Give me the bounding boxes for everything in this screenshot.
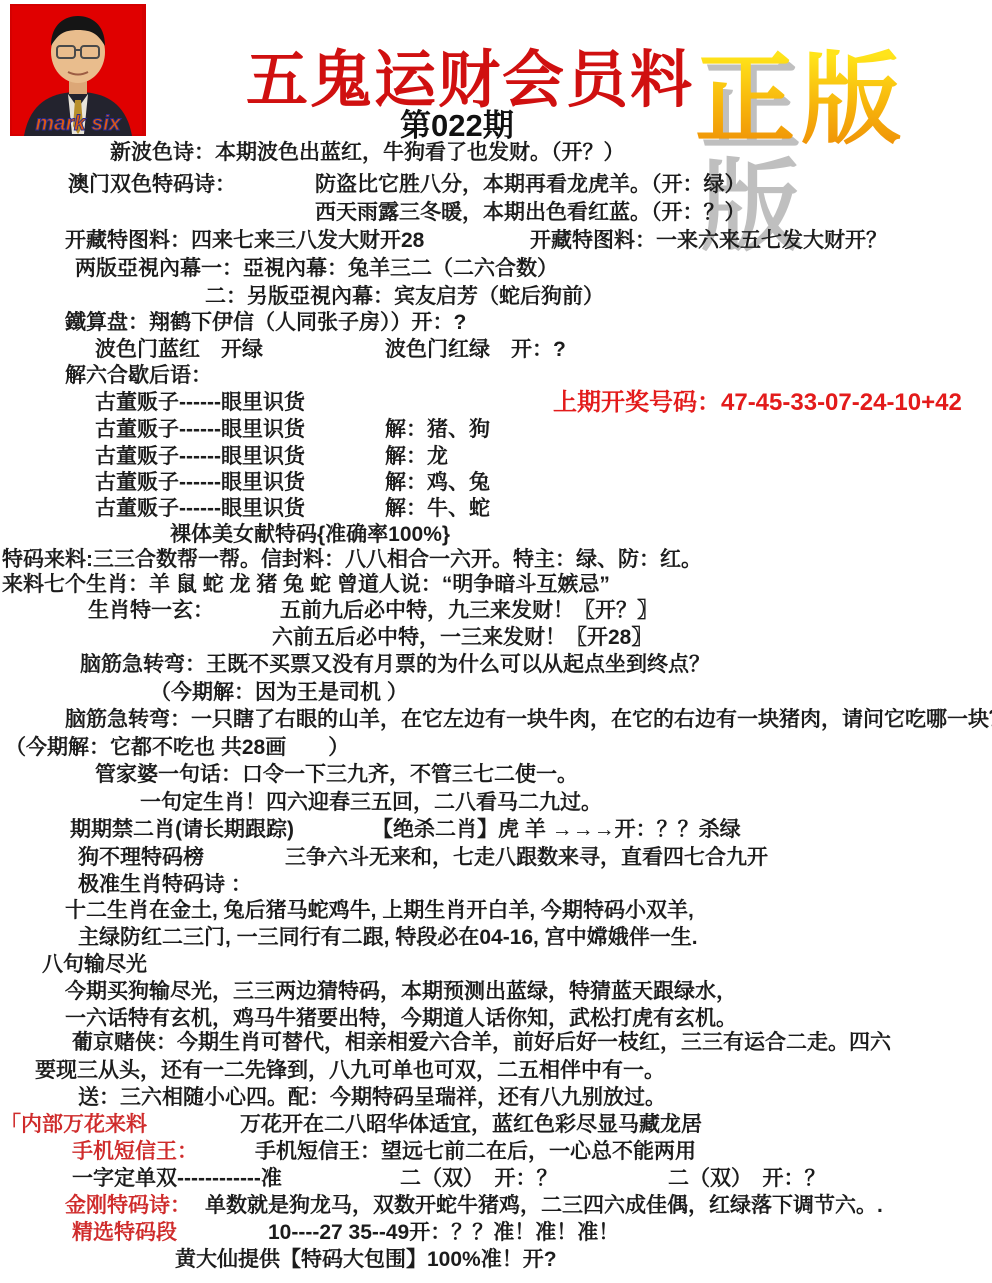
lottery-tip-sheet: mark six 五鬼运财会员料 第022期 正版 正版 新波色诗：本期波色出蓝…	[0, 0, 992, 1283]
antique-dealer-4: 古董贩子------眼里识货解：鸡、兔	[95, 470, 305, 495]
text-segment: 极准生肖特码诗 ：	[78, 873, 252, 896]
text-segment: 一句定生肖！四六迎春三五回，二八看马二九过。	[140, 791, 602, 814]
text-segment: 金刚特码诗：	[65, 1194, 191, 1217]
text-segment: 精选特码段	[72, 1221, 177, 1244]
eight-lines-title: 八句输尽光	[42, 952, 147, 977]
zodiac-poem-line-2: 主绿防红二三门, 一三同行有二跟, 特段必在04-16, 宫中嫦娥伴一生.	[78, 925, 698, 950]
text-segment: 「内部万花来料	[0, 1113, 147, 1136]
text-segment: 生肖特一玄：	[88, 599, 214, 622]
edition-badge: 正版 正版	[695, 50, 907, 150]
text-segment: 八句输尽光	[42, 953, 147, 976]
text-segment: 脑筋急转弯：王既不买票又没有月票的为什么可以从起点坐到终点？	[80, 653, 710, 676]
macau-double-color-poem-1: 澳门双色特码诗：防盗比它胜八分，本期再看龙虎羊。（开：绿）	[68, 172, 236, 197]
new-wave-color-poem: 新波色诗：本期波色出蓝红，牛狗看了也发财。（开？）	[110, 140, 625, 165]
text-segment: 裸体美女献特码{准确率100%}	[170, 523, 450, 546]
text-segment: 要现三从头，还有一二先锋到，八九可单也可双，二五相伴中有一。	[35, 1059, 665, 1082]
brain-teaser-1-answer: （今期解：因为王是司机 ）	[150, 680, 408, 705]
atv-insider-2: 二：另版亞視內幕：宾友启芳（蛇后狗前）	[205, 284, 604, 309]
text-segment: 解六合歇后语：	[65, 364, 212, 387]
eight-lines-1: 今期买狗输尽光，三三两边猜特码，本期预测出蓝绿，特猜蓝天跟绿水，	[65, 979, 737, 1004]
goubuli-special-list: 狗不理特码榜三争六斗无来和，七走八跟数来寻，直看四七合九开	[78, 845, 204, 870]
iron-abacus: 鐵算盘：翔鹤下伊信（人同张子房））开：?	[65, 310, 466, 335]
internal-flower-material: 「内部万花来料万花开在二八昭华体适宜，蓝红色彩尽显马藏龙居	[0, 1112, 147, 1137]
text-segment: 葡京赌侠：今期生肖可替代，相亲相爱六合羊，前好后好一枝红，三三有运合二走。四六	[72, 1031, 891, 1054]
text-segment: 古董贩子------眼里识货	[95, 445, 305, 468]
sms-king: 手机短信王：手机短信王：望远七前二在后，一心总不能两用	[72, 1139, 198, 1164]
text-segment: 二（双） 开：？	[400, 1166, 558, 1191]
seven-zodiac-material: 来料七个生肖：羊 鼠 蛇 龙 猪 兔 蛇 曾道人说：“明争暗斗互嫉忌”	[2, 572, 610, 597]
text-segment: 波色门红绿 开：?	[385, 337, 566, 362]
macau-double-color-poem-2: 西天雨露三冬暖，本期出色看红蓝。（开：？）	[315, 200, 746, 225]
text-segment: 特码来料:三三合数帮一帮。信封料：八八相合一六开。特主：绿、防：红。	[2, 548, 702, 571]
text-segment: 今期买狗输尽光，三三两边猜特码，本期预测出蓝绿，特猜蓝天跟绿水，	[65, 980, 737, 1003]
antique-dealer-5: 古董贩子------眼里识货解：牛、蛇	[95, 496, 305, 521]
text-segment: 防盗比它胜八分，本期再看龙虎羊。（开：绿）	[315, 172, 746, 197]
portrait-photo: mark six	[10, 4, 146, 136]
text-segment: 手机短信王：望远七前二在后，一心总不能两用	[255, 1139, 696, 1164]
text-segment: 【绝杀二肖】虎 羊 →→→开：？？杀绿	[372, 817, 741, 842]
banned-two-zodiac: 期期禁二肖(请长期跟踪)【绝杀二肖】虎 羊 →→→开：？？杀绿	[70, 817, 294, 842]
zodiac-poem-title: 极准生肖特码诗 ：	[78, 872, 252, 897]
eight-lines-2: 一六话特有玄机，鸡马牛猪要出特，今期道人话你知，武松打虎有玄机。	[65, 1006, 737, 1031]
antique-dealer-2: 古董贩子------眼里识货解：猪、狗	[95, 417, 305, 442]
one-word-odd-even: 一字定单双------------准二（双） 开：？二（双） 开：？	[72, 1166, 282, 1191]
text-segment: 鐵算盘：翔鹤下伊信（人同张子房））开：?	[65, 311, 466, 334]
selected-special-range: 精选特码段10----27 35--49开：？？准！准！准！	[72, 1220, 177, 1245]
text-segment: 新波色诗：本期波色出蓝红，牛狗看了也发财。（开？）	[110, 141, 625, 164]
text-segment: 手机短信王：	[72, 1140, 198, 1163]
text-segment: 三争六斗无来和，七走八跟数来寻，直看四七合九开	[285, 845, 768, 870]
text-segment: 古董贩子------眼里识货	[95, 391, 305, 414]
pujing-gambler-1: 葡京赌侠：今期生肖可替代，相亲相爱六合羊，前好后好一枝红，三三有运合二走。四六	[72, 1030, 891, 1055]
text-segment: 主绿防红二三门, 一三同行有二跟, 特段必在04-16, 宫中嫦娥伴一生.	[78, 926, 698, 949]
text-segment: 来料七个生肖：羊 鼠 蛇 龙 猪 兔 蛇 曾道人说：“明争暗斗互嫉忌”	[2, 573, 610, 596]
brain-teaser-2-answer: （今期解：它都不吃也 共28画 ）	[5, 735, 349, 760]
text-segment: 十二生肖在金土, 兔后猪马蛇鸡牛, 上期生肖开白羊, 今期特码小双羊,	[65, 899, 694, 922]
riddle-section-title: 解六合歇后语：	[65, 363, 212, 388]
atv-insider-1: 两版亞視內幕一：亞視內幕：兔羊三二（二六合数）	[75, 256, 558, 281]
text-segment: 黄大仙提供【特码大包围】100%准！开?	[175, 1248, 557, 1271]
last-draw-numbers: 上期开奖号码：47-45-33-07-24-10+42	[553, 390, 962, 415]
text-segment: 万花开在二八昭华体适宜，蓝红色彩尽显马藏龙居	[240, 1112, 702, 1137]
text-segment: 古董贩子------眼里识货	[95, 418, 305, 441]
text-segment: 解：龙	[385, 444, 448, 469]
antique-dealer-1: 古董贩子------眼里识货上期开奖号码：47-45-33-07-24-10+4…	[95, 390, 305, 415]
text-segment: 开藏特图料：一来六来五七发大财开？	[530, 228, 887, 253]
housekeeper-sentence: 管家婆一句话：口令一下三九齐，不管三七二使一。	[95, 762, 578, 787]
hidden-special-chart: 开藏特图料：四来七来三八发大财开28开藏特图料：一来六来五七发大财开？	[65, 228, 424, 253]
text-segment: 二（双） 开：？	[668, 1166, 826, 1191]
nude-beauty-special: 裸体美女献特码{准确率100%}	[170, 522, 450, 547]
text-segment: 单数就是狗龙马，双数开蛇牛猪鸡，二三四六成佳偶，红绿落下调节六。.	[205, 1193, 883, 1218]
one-sentence-zodiac: 一句定生肖！四六迎春三五回，二八看马二九过。	[140, 790, 602, 815]
edition-badge-text: 正版	[695, 44, 907, 156]
text-segment: 一六话特有玄机，鸡马牛猪要出特，今期道人话你知，武松打虎有玄机。	[65, 1007, 737, 1030]
text-segment: 开藏特图料：四来七来三八发大财开28	[65, 229, 424, 252]
text-segment: （今期解：因为王是司机 ）	[150, 681, 408, 704]
text-segment: 古董贩子------眼里识货	[95, 471, 305, 494]
huang-daxian-guarantee: 黄大仙提供【特码大包围】100%准！开?	[175, 1247, 557, 1272]
text-segment: 两版亞視內幕一：亞視內幕：兔羊三二（二六合数）	[75, 257, 558, 280]
text-segment: 二：另版亞視內幕：宾友启芳（蛇后狗前）	[205, 285, 604, 308]
text-segment: （今期解：它都不吃也 共28画 ）	[5, 736, 349, 759]
text-segment: 古董贩子------眼里识货	[95, 497, 305, 520]
pujing-gambler-2: 要现三从头，还有一二先锋到，八九可单也可双，二五相伴中有一。	[35, 1058, 665, 1083]
special-code-material: 特码来料:三三合数帮一帮。信封料：八八相合一六开。特主：绿、防：红。	[2, 547, 702, 572]
text-segment: 五前九后必中特，九三来发财！〖开？〗	[280, 598, 658, 623]
text-segment: 管家婆一句话：口令一下三九齐，不管三七二使一。	[95, 763, 578, 786]
brain-teaser-1: 脑筋急转弯：王既不买票又没有月票的为什么可以从起点坐到终点？	[80, 652, 710, 677]
text-segment: 六前五后必中特，一三来发财！〖开28〗	[272, 626, 652, 649]
text-segment: 狗不理特码榜	[78, 846, 204, 869]
text-segment: 西天雨露三冬暖，本期出色看红蓝。（开：？）	[315, 201, 746, 224]
zodiac-poem-line-1: 十二生肖在金土, 兔后猪马蛇鸡牛, 上期生肖开白羊, 今期特码小双羊,	[65, 898, 694, 923]
issue-number: 第022期	[400, 100, 514, 145]
text-segment: 解：鸡、兔	[385, 470, 490, 495]
text-segment: 一字定单双------------准	[72, 1167, 282, 1190]
text-segment: 澳门双色特码诗：	[68, 173, 236, 196]
text-segment: 10----27 35--49开：？？准！准！准！	[268, 1220, 619, 1245]
photo-watermark: mark six	[35, 112, 122, 135]
antique-dealer-3: 古董贩子------眼里识货解：龙	[95, 444, 305, 469]
wave-color-gate: 波色门蓝红 开绿波色门红绿 开：?	[95, 337, 263, 362]
text-segment: 脑筋急转弯：一只瞎了右眼的山羊，在它左边有一块牛肉，在它的右边有一块猪肉，请问它…	[65, 708, 992, 731]
vajra-special-poem: 金刚特码诗：单数就是狗龙马，双数开蛇牛猪鸡，二三四六成佳偶，红绿落下调节六。.	[65, 1193, 191, 1218]
zodiac-mystery-1: 生肖特一玄：五前九后必中特，九三来发财！〖开？〗	[88, 598, 214, 623]
text-segment: 解：牛、蛇	[385, 496, 490, 521]
text-segment: 波色门蓝红 开绿	[95, 338, 263, 361]
zodiac-mystery-2: 六前五后必中特，一三来发财！〖开28〗	[272, 625, 652, 650]
pujing-gambler-3: 送：三六相随小心四。配：今期特码呈瑞祥，还有八九别放过。	[78, 1085, 666, 1110]
text-segment: 解：猪、狗	[385, 417, 490, 442]
brain-teaser-2: 脑筋急转弯：一只瞎了右眼的山羊，在它左边有一块牛肉，在它的右边有一块猪肉，请问它…	[65, 707, 992, 732]
text-segment: 期期禁二肖(请长期跟踪)	[70, 818, 294, 841]
text-segment: 送：三六相随小心四。配：今期特码呈瑞祥，还有八九别放过。	[78, 1086, 666, 1109]
